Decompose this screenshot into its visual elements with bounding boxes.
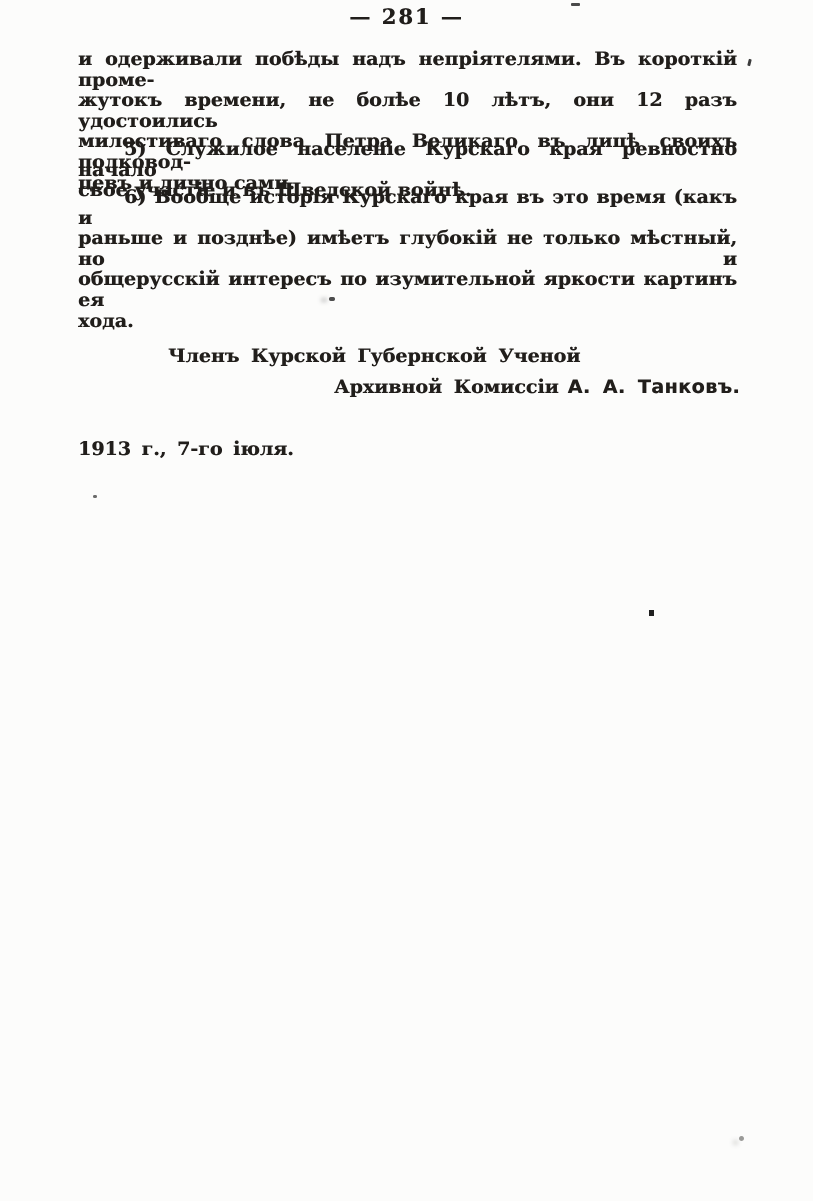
paragraph-item-6: 6) Вообще исторія Курскаго края въ это в… (78, 187, 737, 331)
ink-speck (649, 610, 654, 616)
signature-line-2: Архивной КомиссіиА. А. Танковъ. (334, 377, 740, 398)
paragraph-line: 6) Вообще исторія Курскаго края въ это в… (78, 187, 737, 228)
ink-speck (571, 3, 580, 6)
author-name: А. А. Танковъ. (568, 376, 740, 398)
paragraph-line: 5) Служилое населеніе Курскаго края ревн… (78, 139, 737, 180)
scanned-book-page: — 281 — и одерживали побѣды надъ непріят… (0, 0, 813, 1201)
ink-speck (329, 297, 335, 301)
paragraph-line: общерусскій интересъ по изумительной ярк… (78, 269, 737, 310)
date-line: 1913 г., 7-го іюля. (78, 438, 294, 460)
paragraph-line: жутокъ времени, не болѣе 10 лѣтъ, они 12… (78, 90, 737, 131)
ink-speck (739, 1136, 744, 1141)
signature-line-1: Членъ Курской Губернской Ученой (168, 346, 580, 367)
ink-speck (93, 495, 97, 498)
paragraph-line: раньше и позднѣе) имѣетъ глубокій не тол… (78, 228, 737, 269)
page-number: — 281 — (0, 4, 813, 29)
paragraph-line: и одерживали побѣды надъ непріятелями. В… (78, 49, 737, 90)
signature-commission: Архивной Комиссіи (334, 376, 559, 398)
paragraph-line: хода. (78, 311, 737, 332)
ink-speck (747, 59, 752, 67)
